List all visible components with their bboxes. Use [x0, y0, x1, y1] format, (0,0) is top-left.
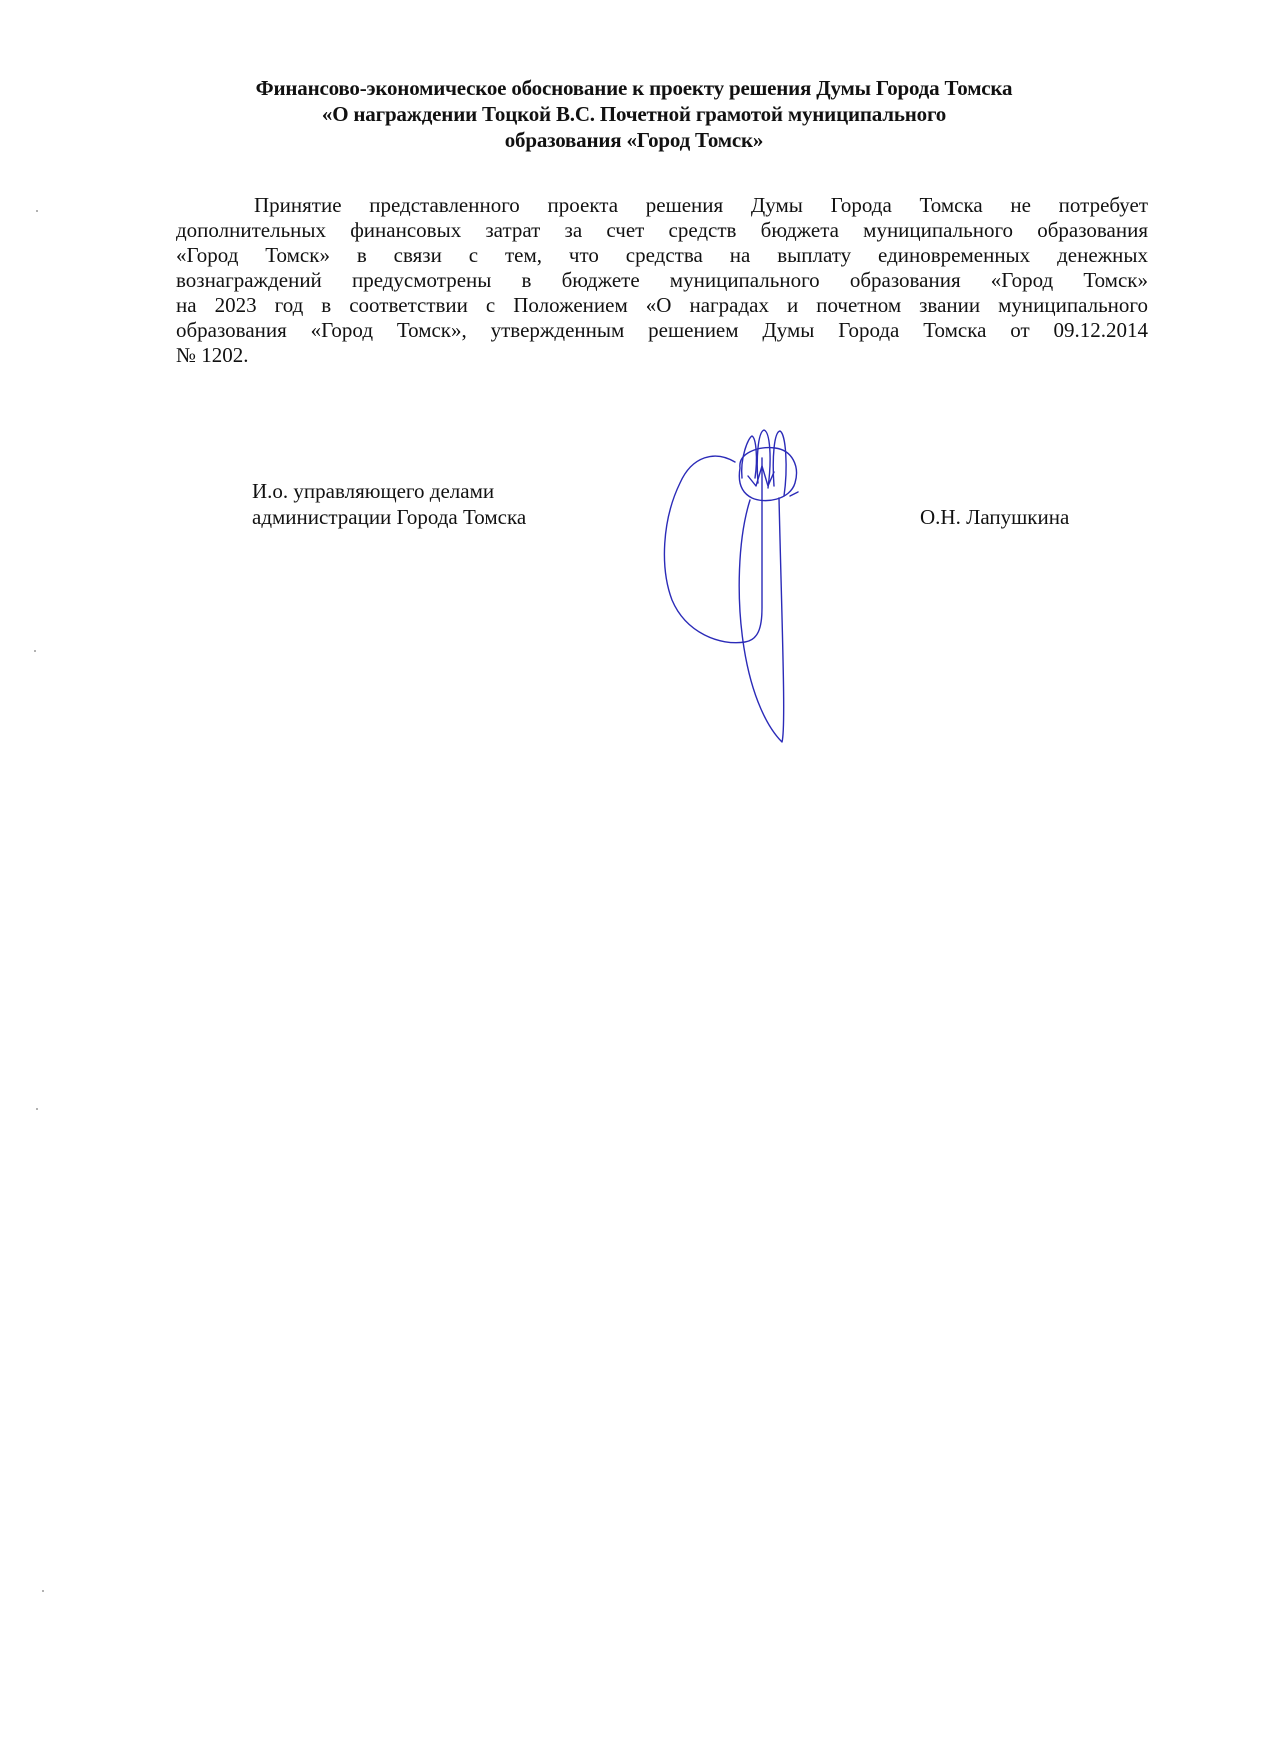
- signatory-position: И.о. управляющего делами администрации Г…: [252, 478, 526, 530]
- body-paragraph: Принятие представленного проекта решения…: [176, 193, 1148, 368]
- document-page: Финансово-экономическое обоснование к пр…: [0, 0, 1268, 1764]
- scan-speck: [34, 650, 36, 652]
- scan-speck: [36, 1108, 38, 1110]
- body-line-2: дополнительных финансовых затрат за счет…: [176, 218, 1148, 243]
- title-line-1: Финансово-экономическое обоснование к пр…: [150, 75, 1118, 101]
- body-line-5: на 2023 год в соответствии с Положением …: [176, 293, 1148, 318]
- document-title: Финансово-экономическое обоснование к пр…: [150, 75, 1118, 153]
- body-line-4: вознаграждений предусмотрены в бюджете м…: [176, 268, 1148, 293]
- body-line-7: № 1202.: [176, 343, 1148, 368]
- body-line-3: «Город Томск» в связи с тем, что средств…: [176, 243, 1148, 268]
- signatory-name: О.Н. Лапушкина: [920, 504, 1069, 530]
- body-line-1: Принятие представленного проекта решения…: [176, 193, 1148, 218]
- position-line-2: администрации Города Томска: [252, 504, 526, 530]
- title-line-2: «О награждении Тоцкой В.С. Почетной грам…: [150, 101, 1118, 127]
- scan-speck: [42, 1590, 44, 1592]
- title-line-3: образования «Город Томск»: [150, 127, 1118, 153]
- body-line-6: образования «Город Томск», утвержденным …: [176, 318, 1148, 343]
- position-line-1: И.о. управляющего делами: [252, 478, 526, 504]
- handwritten-signature: [640, 428, 830, 758]
- scan-speck: [36, 210, 38, 212]
